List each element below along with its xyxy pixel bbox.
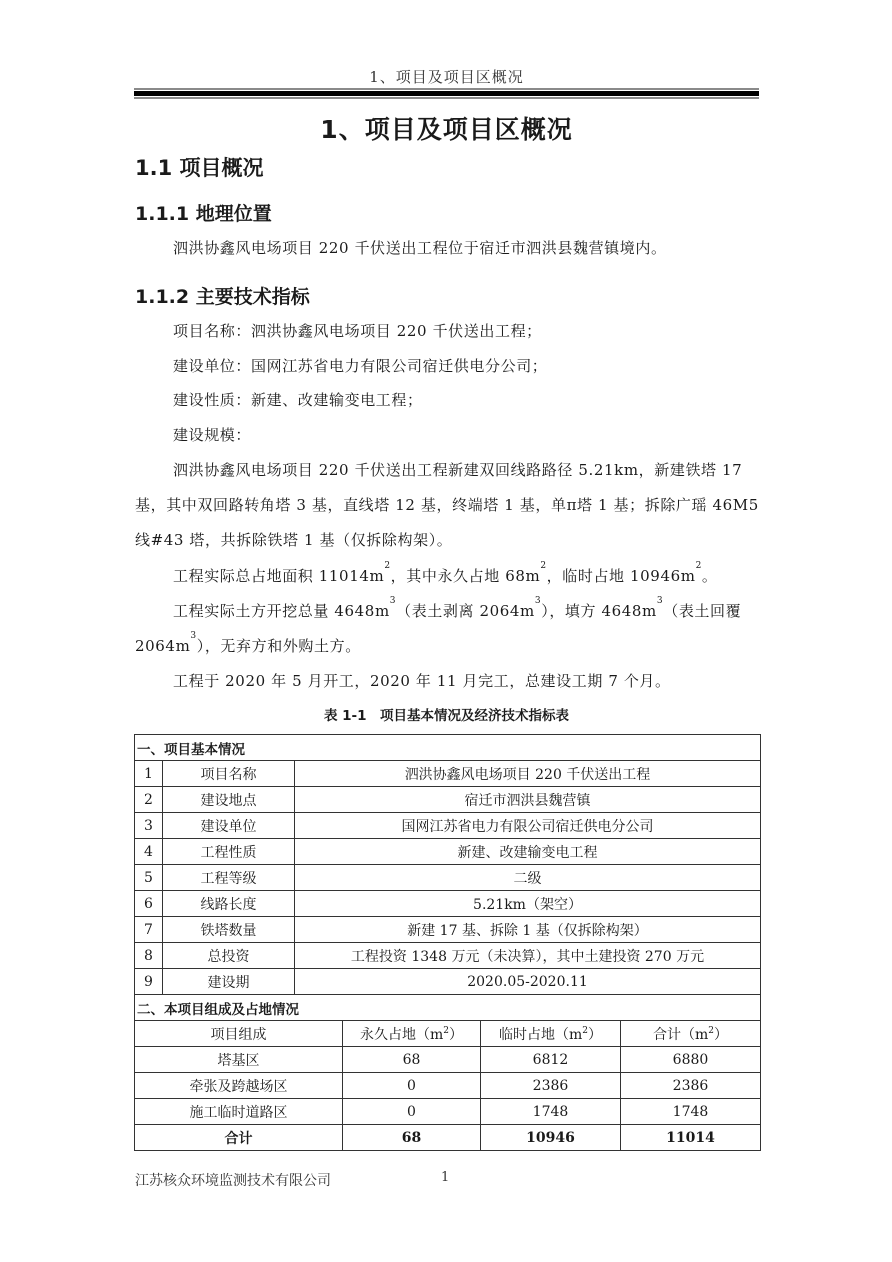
row-item: 铁塔数量 xyxy=(163,917,295,943)
footer-company: 江苏核众环境监测技术有限公司 xyxy=(135,1170,331,1190)
row-number: 9 xyxy=(135,969,163,995)
header-rule-thin-bottom xyxy=(134,97,759,99)
superscript: 2 xyxy=(443,1026,449,1036)
total-temporary: 10946 xyxy=(481,1125,621,1151)
row-number: 3 xyxy=(135,813,163,839)
builder-line: 建设单位：国网江苏省电力有限公司宿迁供电分公司； xyxy=(135,349,760,383)
land-permanent: 0 xyxy=(343,1099,481,1125)
land-row: 牵张及跨越场区 0 2386 2386 xyxy=(135,1073,761,1099)
table-row: 6 线路长度 5.21km（架空） xyxy=(135,891,761,917)
row-item: 工程性质 xyxy=(163,839,295,865)
land-permanent: 0 xyxy=(343,1073,481,1099)
table-row: 2 建设地点 宿迁市泗洪县魏营镇 xyxy=(135,787,761,813)
header-rule-thick xyxy=(134,91,759,96)
land-temporary: 6812 xyxy=(481,1047,621,1073)
table-row: 4 工程性质 新建、改建输变电工程 xyxy=(135,839,761,865)
table-section-row: 二、本项目组成及占地情况 xyxy=(135,995,761,1021)
land-total: 6880 xyxy=(621,1047,761,1073)
superscript: 2 xyxy=(582,1026,588,1036)
paren-close: ） xyxy=(588,1027,602,1043)
row-item: 工程等级 xyxy=(163,865,295,891)
land-temporary: 2386 xyxy=(481,1073,621,1099)
row-value: 二级 xyxy=(295,865,761,891)
superscript: 3 xyxy=(535,596,541,606)
area-text-a: 工程实际总占地面积 11014m xyxy=(173,567,384,585)
land-temporary: 1748 xyxy=(481,1099,621,1125)
land-row: 施工临时道路区 0 1748 1748 xyxy=(135,1099,761,1125)
row-number: 4 xyxy=(135,839,163,865)
section-heading-1-1-1: 1.1.1 地理位置 xyxy=(135,199,272,226)
earthwork-paragraph: 工程实际土方开挖总量 4648m3（表土剥离 2064m3），填方 4648m3… xyxy=(135,594,760,664)
table-row: 5 工程等级 二级 xyxy=(135,865,761,891)
paren-close: ） xyxy=(714,1027,728,1043)
land-total: 1748 xyxy=(621,1099,761,1125)
land-row: 塔基区 68 6812 6880 xyxy=(135,1047,761,1073)
row-value: 宿迁市泗洪县魏营镇 xyxy=(295,787,761,813)
table-section-row: 一、项目基本情况 xyxy=(135,735,761,761)
land-header-row: 项目组成 永久占地（m2） 临时占地（m2） 合计（m2） xyxy=(135,1021,761,1047)
land-total: 2386 xyxy=(621,1073,761,1099)
row-item: 线路长度 xyxy=(163,891,295,917)
table-row: 7 铁塔数量 新建 17 基、拆除 1 基（仅拆除构架） xyxy=(135,917,761,943)
row-item: 项目名称 xyxy=(163,761,295,787)
earth-text-a: 工程实际土方开挖总量 4648m xyxy=(173,602,390,620)
superscript: 3 xyxy=(190,631,196,641)
table-row: 9 建设期 2020.05-2020.11 xyxy=(135,969,761,995)
total-permanent: 68 xyxy=(343,1125,481,1151)
superscript: 3 xyxy=(390,596,396,606)
superscript: 2 xyxy=(696,561,702,571)
row-number: 8 xyxy=(135,943,163,969)
page-number: 1 xyxy=(441,1170,449,1185)
row-value: 2020.05-2020.11 xyxy=(295,969,761,995)
row-number: 7 xyxy=(135,917,163,943)
superscript: 3 xyxy=(657,596,663,606)
paren-close: ） xyxy=(449,1027,463,1043)
nature-line: 建设性质：新建、改建输变电工程； xyxy=(135,383,760,417)
section-heading-1-1-2: 1.1.2 主要技术指标 xyxy=(135,282,310,309)
total-label: 合计 xyxy=(135,1125,343,1151)
land-component: 牵张及跨越场区 xyxy=(135,1073,343,1099)
land-total-row: 合计 68 10946 11014 xyxy=(135,1125,761,1151)
row-item: 建设期 xyxy=(163,969,295,995)
section-heading-1-1: 1.1 项目概况 xyxy=(135,152,264,182)
table-caption: 表 1-1 项目基本情况及经济技术指标表 xyxy=(134,704,759,724)
earth-text-e: ），无弃方和外购土方。 xyxy=(197,637,361,655)
row-value: 工程投资 1348 万元（未决算），其中土建投资 270 万元 xyxy=(295,943,761,969)
location-paragraph: 泗洪协鑫风电场项目 220 千伏送出工程位于宿迁市泗洪县魏营镇境内。 xyxy=(135,231,760,265)
chapter-title: 1、项目及项目区概况 xyxy=(134,110,759,146)
document-page: 1、项目及项目区概况 1、项目及项目区概况 1.1 项目概况 1.1.1 地理位… xyxy=(0,0,892,1262)
project-name-line: 项目名称：泗洪协鑫风电场项目 220 千伏送出工程； xyxy=(135,314,760,348)
table-row: 3 建设单位 国网江苏省电力有限公司宿迁供电分公司 xyxy=(135,813,761,839)
row-value: 5.21km（架空） xyxy=(295,891,761,917)
header-component: 项目组成 xyxy=(135,1021,343,1047)
header-permanent: 永久占地（m2） xyxy=(343,1021,481,1047)
row-item: 建设地点 xyxy=(163,787,295,813)
section-2-title: 二、本项目组成及占地情况 xyxy=(135,995,761,1021)
scale-paragraph: 泗洪协鑫风电场项目 220 千伏送出工程新建双回线路路径 5.21km，新建铁塔… xyxy=(135,453,760,558)
table-row: 1 项目名称 泗洪协鑫风电场项目 220 千伏送出工程 xyxy=(135,761,761,787)
total-total: 11014 xyxy=(621,1125,761,1151)
section-1-title: 一、项目基本情况 xyxy=(135,735,761,761)
superscript: 2 xyxy=(540,561,546,571)
row-item: 建设单位 xyxy=(163,813,295,839)
row-value: 泗洪协鑫风电场项目 220 千伏送出工程 xyxy=(295,761,761,787)
row-number: 2 xyxy=(135,787,163,813)
running-header: 1、项目及项目区概况 xyxy=(134,66,759,87)
row-value: 国网江苏省电力有限公司宿迁供电分公司 xyxy=(295,813,761,839)
superscript: 2 xyxy=(708,1026,714,1036)
earth-text-c: ），填方 4648m xyxy=(541,602,657,620)
row-item: 总投资 xyxy=(163,943,295,969)
area-paragraph: 工程实际总占地面积 11014m2，其中永久占地 68m2，临时占地 10946… xyxy=(135,559,760,593)
header-permanent-label: 永久占地（m xyxy=(360,1027,443,1043)
earth-text-b: （表土剥离 2064m xyxy=(396,602,535,620)
row-value: 新建 17 基、拆除 1 基（仅拆除构架） xyxy=(295,917,761,943)
project-indicator-table: 一、项目基本情况 1 项目名称 泗洪协鑫风电场项目 220 千伏送出工程 2 建… xyxy=(134,734,761,1151)
row-number: 5 xyxy=(135,865,163,891)
header-temporary: 临时占地（m2） xyxy=(481,1021,621,1047)
area-text-d: 。 xyxy=(702,567,718,585)
row-value: 新建、改建输变电工程 xyxy=(295,839,761,865)
land-permanent: 68 xyxy=(343,1047,481,1073)
header-total-label: 合计（m xyxy=(653,1027,708,1043)
land-component: 塔基区 xyxy=(135,1047,343,1073)
header-total: 合计（m2） xyxy=(621,1021,761,1047)
area-text-b: ，其中永久占地 68m xyxy=(391,567,541,585)
land-component: 施工临时道路区 xyxy=(135,1099,343,1125)
header-rule-thin-top xyxy=(134,88,759,90)
table-row: 8 总投资 工程投资 1348 万元（未决算），其中土建投资 270 万元 xyxy=(135,943,761,969)
schedule-paragraph: 工程于 2020 年 5 月开工，2020 年 11 月完工，总建设工期 7 个… xyxy=(135,664,760,698)
header-temporary-label: 临时占地（m xyxy=(499,1027,582,1043)
row-number: 6 xyxy=(135,891,163,917)
area-text-c: ，临时占地 10946m xyxy=(547,567,696,585)
scale-label: 建设规模： xyxy=(135,418,760,452)
row-number: 1 xyxy=(135,761,163,787)
superscript: 2 xyxy=(384,561,390,571)
